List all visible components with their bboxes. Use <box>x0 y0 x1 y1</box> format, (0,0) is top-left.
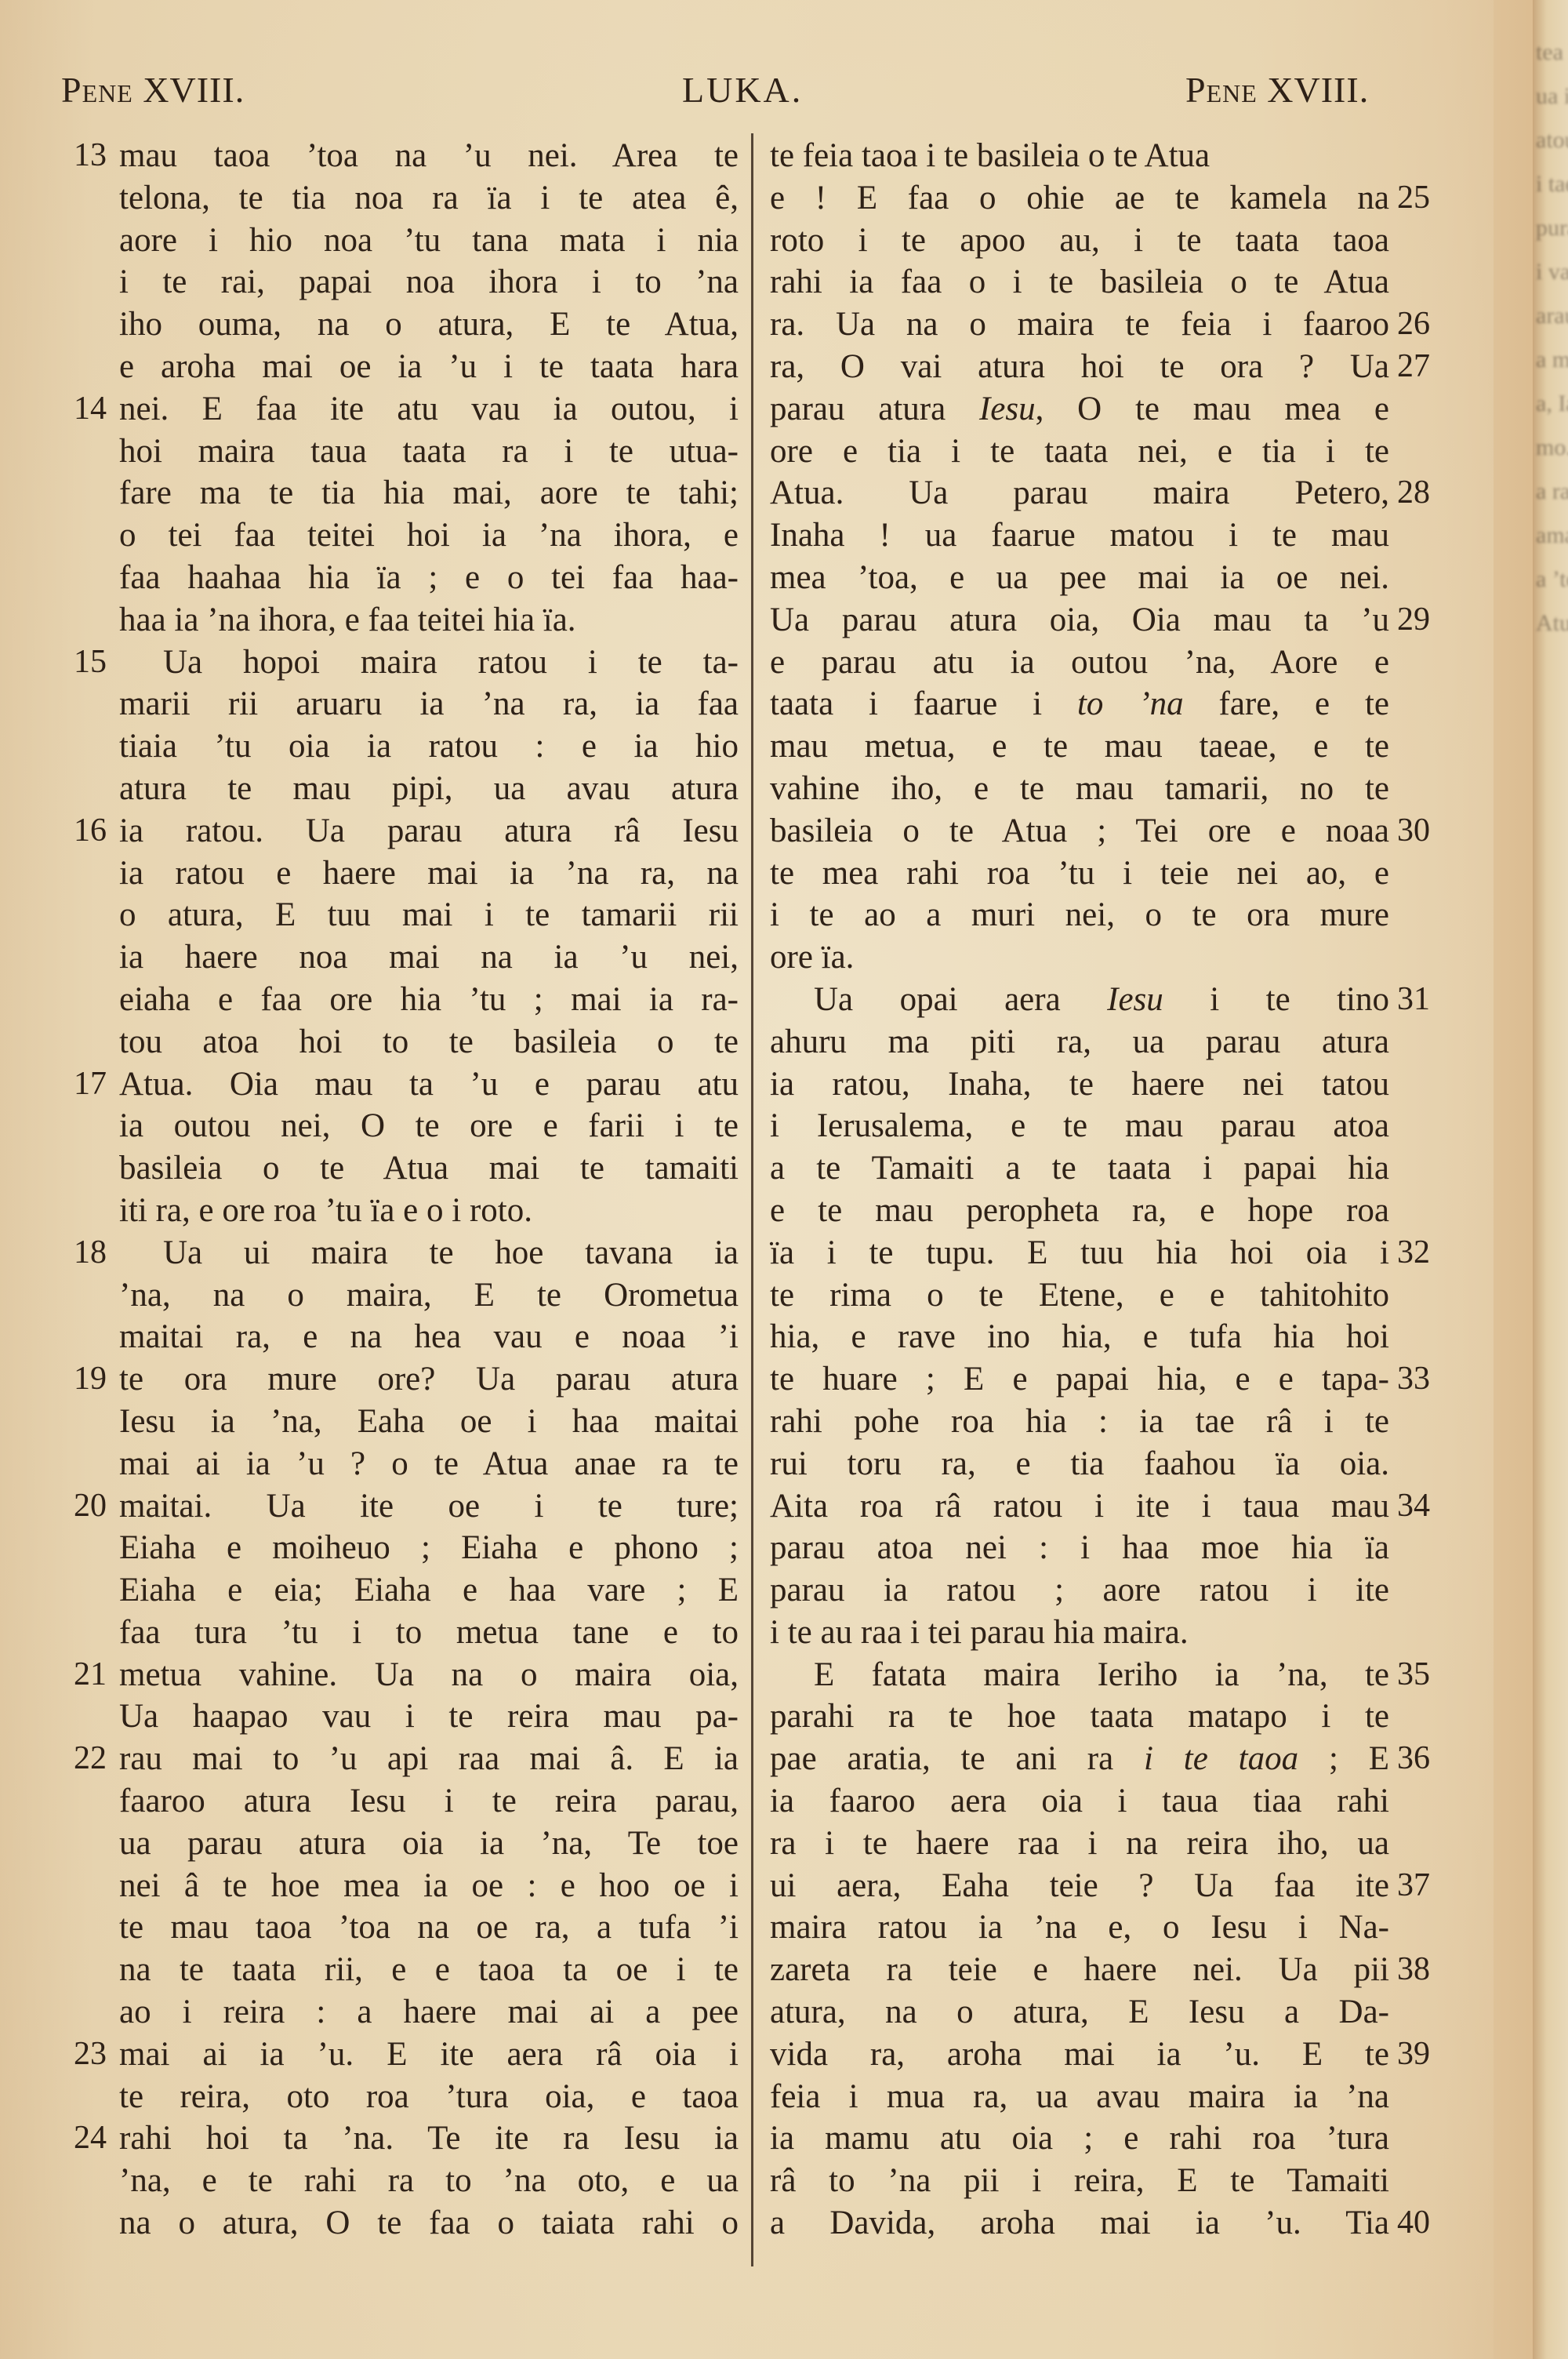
text-line: feia i mua ra, ua avau maira ia ’na <box>770 2076 1450 2118</box>
text-line: ra i te haere raa i na reira iho, ua <box>770 1823 1450 1865</box>
verse-text: maira ratou ia ’na e, o Iesu i Na- <box>770 1906 1389 1949</box>
text-line: te rima o te Etene, e e tahitohito <box>770 1274 1450 1317</box>
verse-text: Atua. Oia mau ta ’u e parau atu <box>119 1063 739 1106</box>
text-line: roto i te apoo au, i te taata taoa <box>770 220 1450 262</box>
verse-text: marii rii aruaru ia ’na ra, ia faa <box>119 683 739 725</box>
verse-text: ’na, na o maira, E te Orometua <box>119 1274 739 1317</box>
text-line: a te Tamaiti a te taata i papai hia <box>770 1147 1450 1190</box>
verse-text: iho ouma, na o atura, E te Atua, <box>119 304 739 346</box>
verse-text: parau atura Iesu, O te mau mea e <box>770 388 1389 431</box>
text-line: o tei faa teitei hoi ia ’na ihora, e <box>56 514 748 557</box>
verse-text: i te au raa i tei parau hia maira. <box>770 1612 1389 1654</box>
verse-text: parau atoa nei : i haa moe hia ïa <box>770 1527 1389 1569</box>
verse-text: ore e tia i te taata nei, e tia i te <box>770 431 1389 473</box>
text-line: i Ierusalema, e te mau parau atoa <box>770 1105 1450 1147</box>
verse-text: na o atura, O te faa o taiata rahi o <box>119 2202 739 2245</box>
verse-text: ra, O vai atura hoi te ora ? Ua <box>770 346 1389 388</box>
verse-text: Ua haapao vau i te reira mau pa- <box>119 1696 739 1738</box>
text-line: 29Ua parau atura oia, Oia mau ta ’u <box>770 599 1450 642</box>
verse-text: e te mau peropheta ra, e hope roa <box>770 1190 1389 1232</box>
verse-text: Ua opai aera Iesu i te tino <box>770 979 1389 1021</box>
verse-text: e ! E faa o ohie ae te kamela na <box>770 177 1389 220</box>
text-line: rahi pohe roa hia : ia tae râ i te <box>770 1401 1450 1443</box>
verse-text: ua parau atura oia ia ’na, Te toe <box>119 1823 739 1865</box>
verse-text: ra. Ua na o maira te feia i faaroo <box>770 304 1389 346</box>
text-line: tou atoa hoi to te basileia o te <box>56 1021 748 1063</box>
verse-text: haa ia ’na ihora, e faa teitei hia ïa. <box>119 599 739 642</box>
verse-text: ore ïa. <box>770 936 1389 979</box>
verse-text: iti ra, e ore roa ’tu ïa e o i roto. <box>119 1190 739 1232</box>
text-line: 31Ua opai aera Iesu i te tino <box>770 979 1450 1021</box>
verse-text: te feia taoa i te basileia o te Atua <box>770 135 1389 177</box>
verse-number: 19 <box>56 1358 107 1401</box>
text-line: nei â te hoe mea ia oe : e hoo oe i <box>56 1865 748 1907</box>
verse-text: ïa i te tupu. E tuu hia hoi oia i <box>770 1232 1389 1274</box>
text-line: fare ma te tia hia mai, aore te tahi; <box>56 472 748 514</box>
text-line: ore e tia i te taata nei, e tia i te <box>770 431 1450 473</box>
verse-text: parau ia ratou ; aore ratou i ite <box>770 1569 1389 1612</box>
verse-text: vida ra, aroha mai ia ’u. E te <box>770 2034 1389 2076</box>
verse-text: faa tura ’tu i to metua tane e to <box>119 1612 739 1654</box>
text-line: telona, te tia noa ra ïa i te atea ê, <box>56 177 748 220</box>
text-line: Eiaha e moiheuo ; Eiaha e phono ; <box>56 1527 748 1569</box>
verse-text: zareta ra teie e haere nei. Ua pii <box>770 1949 1389 1991</box>
verse-text: atura, na o atura, E Iesu a Da- <box>770 1991 1389 2034</box>
text-line: Ua haapao vau i te reira mau pa- <box>56 1696 748 1738</box>
text-line: Inaha ! ua faarue matou i te mau <box>770 514 1450 557</box>
text-line: ahuru ma piti ra, ua parau atura <box>770 1021 1450 1063</box>
text-line: 13mau taoa ’toa na ’u nei. Area te <box>56 135 748 177</box>
verse-text: mau taoa ’toa na ’u nei. Area te <box>119 135 739 177</box>
text-line: e aroha mai oe ia ’u i te taata hara <box>56 346 748 388</box>
column-divider <box>751 133 753 2266</box>
text-line: te feia taoa i te basileia o te Atua <box>770 135 1450 177</box>
adjacent-page-text: pura o <box>1536 207 1568 249</box>
verse-number: 29 <box>1397 599 1447 642</box>
text-line: i te au raa i tei parau hia maira. <box>770 1612 1450 1654</box>
text-line: 26ra. Ua na o maira te feia i faaroo <box>770 304 1450 346</box>
italic-text: i te taoa <box>1144 1740 1298 1777</box>
text-line: i te ao a muri nei, o te ora mure <box>770 894 1450 936</box>
verse-text: ia ratou, Inaha, te haere nei tatou <box>770 1063 1389 1106</box>
verse-number: 30 <box>1397 810 1447 852</box>
adjacent-page-text: i vau <box>1536 251 1568 293</box>
italic-text: Iesu <box>1107 981 1163 1018</box>
verse-text: râ to ’na pii i reira, E te Tamaiti <box>770 2160 1389 2202</box>
verse-text: ia outou nei, O te ore e farii i te <box>119 1105 739 1147</box>
verse-text: basileia o te Atua ; Tei ore e noaa <box>770 810 1389 852</box>
verse-text: e parau atu ia outou ’na, Aore e <box>770 642 1389 684</box>
verse-text: maitai ra, e na hea vau e noaa ’i <box>119 1316 739 1358</box>
verse-text: te reira, oto roa ’tura oia, e taoa <box>119 2076 739 2118</box>
verse-number: 18 <box>56 1232 107 1274</box>
text-line: maira ratou ia ’na e, o Iesu i Na- <box>770 1906 1450 1949</box>
verse-number: 17 <box>56 1063 107 1106</box>
text-line: aore i hio noa ’tu tana mata i nia <box>56 220 748 262</box>
verse-text: mai ai ia ’u ? o te Atua anae ra te <box>119 1443 739 1485</box>
text-line: te mau taoa ’toa na oe ra, a tufa ’i <box>56 1906 748 1949</box>
verse-text: Inaha ! ua faarue matou i te mau <box>770 514 1389 557</box>
text-line: basileia o te Atua mai te tamaiti <box>56 1147 748 1190</box>
verse-text: aore i hio noa ’tu tana mata i nia <box>119 220 739 262</box>
verse-text: tou atoa hoi to te basileia o te <box>119 1021 739 1063</box>
text-line: i te rai, papai noa ihora i to ’na <box>56 261 748 304</box>
verse-text: taata i faarue i to ’na fare, e te <box>770 683 1389 725</box>
text-line: 22rau mai to ’u api raa mai â. E ia <box>56 1738 748 1780</box>
text-line: 39vida ra, aroha mai ia ’u. E te <box>770 2034 1450 2076</box>
verse-number: 20 <box>56 1485 107 1528</box>
verse-number: 28 <box>1397 472 1447 514</box>
verse-text: ia mamu atu oia ; e rahi roa ’tura <box>770 2117 1389 2160</box>
text-line: 35E fatata maira Ieriho ia ’na, te <box>770 1654 1450 1696</box>
adjacent-page-edge: tea Iua ihatou ei tae rpura oi vauarau m… <box>1533 0 1568 2359</box>
verse-number: 16 <box>56 810 107 852</box>
text-line: 40a Davida, aroha mai ia ’u. Tia <box>770 2202 1450 2245</box>
adjacent-page-text: amaita <box>1536 514 1568 557</box>
text-line: 28Atua. Ua parau maira Petero, <box>770 472 1450 514</box>
verse-text: mea ’toa, e ua pee mai ia oe nei. <box>770 557 1389 599</box>
text-line: vahine iho, e te mau tamarii, no te <box>770 768 1450 810</box>
text-line: rui toru ra, e tia faahou ïa oia. <box>770 1443 1450 1485</box>
verse-text: telona, te tia noa ra ïa i te atea ê, <box>119 177 739 220</box>
text-line: ia outou nei, O te ore e farii i te <box>56 1105 748 1147</box>
verse-text: ’na, e te rahi ra to ’na oto, e ua <box>119 2160 739 2202</box>
verse-number: 22 <box>56 1738 107 1780</box>
text-line: na te taata rii, e e taoa ta oe i te <box>56 1949 748 1991</box>
text-line: mau metua, e te mau taeae, e te <box>770 725 1450 768</box>
verse-number: 34 <box>1397 1485 1447 1528</box>
verse-text: Eiaha e moiheuo ; Eiaha e phono ; <box>119 1527 739 1569</box>
verse-text: te mau taoa ’toa na oe ra, a tufa ’i <box>119 1906 739 1949</box>
verse-text: te mea rahi roa ’tu i teie nei ao, e <box>770 852 1389 895</box>
text-line: 27ra, O vai atura hoi te ora ? Ua <box>770 346 1450 388</box>
verse-text: ahuru ma piti ra, ua parau atura <box>770 1021 1389 1063</box>
text-line: parau atoa nei : i haa moe hia ïa <box>770 1527 1450 1569</box>
text-line: ’na, na o maira, E te Orometua <box>56 1274 748 1317</box>
text-line: 19te ora mure ore? Ua parau atura <box>56 1358 748 1401</box>
text-line: rahi ia faa o i te basileia o te Atua <box>770 261 1450 304</box>
verse-text: mau metua, e te mau taeae, e te <box>770 725 1389 768</box>
verse-text: ra i te haere raa i na reira iho, ua <box>770 1823 1389 1865</box>
verse-text: Iesu ia ’na, Eaha oe i haa maitai <box>119 1401 739 1443</box>
verse-number: 36 <box>1397 1738 1447 1780</box>
verse-text: ia haere noa mai na ia ’u nei, <box>119 936 739 979</box>
verse-text: a Davida, aroha mai ia ’u. Tia <box>770 2202 1389 2245</box>
verse-text: te huare ; E e papai hia, e e tapa- <box>770 1358 1389 1401</box>
text-line: 24rahi hoi ta ’na. Te ite ra Iesu ia <box>56 2117 748 2160</box>
verse-number: 25 <box>1397 177 1447 220</box>
adjacent-page-text: arau m <box>1536 295 1568 337</box>
text-line: faa tura ’tu i to metua tane e to <box>56 1612 748 1654</box>
verse-text: metua vahine. Ua na o maira oia, <box>119 1654 739 1696</box>
text-line: 16ia ratou. Ua parau atura râ Iesu <box>56 810 748 852</box>
verse-number: 23 <box>56 2034 107 2076</box>
text-line: Eiaha e eia; Eiaha e haa vare ; E <box>56 1569 748 1612</box>
text-line: e parau atu ia outou ’na, Aore e <box>770 642 1450 684</box>
verse-number: 38 <box>1397 1949 1447 1991</box>
adjacent-page-text: ua ih <box>1536 75 1568 118</box>
verse-text: hoi maira taua taata ra i te utua- <box>119 431 739 473</box>
chapter-label: Pene <box>61 70 133 110</box>
verse-text: o tei faa teitei hoi ia ’na ihora, e <box>119 514 739 557</box>
text-line: parau ia ratou ; aore ratou i ite <box>770 1569 1450 1612</box>
text-line: 23mai ai ia ’u. E ite aera râ oia i <box>56 2034 748 2076</box>
text-line: ore ïa. <box>770 936 1450 979</box>
text-line: 25e ! E faa o ohie ae te kamela na <box>770 177 1450 220</box>
text-line: maitai ra, e na hea vau e noaa ’i <box>56 1316 748 1358</box>
text-line: parau atura Iesu, O te mau mea e <box>770 388 1450 431</box>
verse-text: na te taata rii, e e taoa ta oe i te <box>119 1949 739 1991</box>
text-line: 34Aita roa râ ratou i ite i taua mau <box>770 1485 1450 1528</box>
text-line: hia, e rave ino hia, e tufa hia hoi <box>770 1316 1450 1358</box>
text-line: 32ïa i te tupu. E tuu hia hoi oia i <box>770 1232 1450 1274</box>
adjacent-page-text: a ’toa <box>1536 558 1568 601</box>
text-line: ia faaroo aera oia i taua tiaa rahi <box>770 1780 1450 1823</box>
text-column-right: te feia taoa i te basileia o te Atua25e … <box>770 135 1450 2245</box>
verse-text: a te Tamaiti a te taata i papai hia <box>770 1147 1389 1190</box>
adjacent-page-text: i tae r <box>1536 163 1568 205</box>
text-line: mea ’toa, e ua pee mai ia oe nei. <box>770 557 1450 599</box>
text-line: marii rii aruaru ia ’na ra, ia faa <box>56 683 748 725</box>
verse-text: i Ierusalema, e te mau parau atoa <box>770 1105 1389 1147</box>
verse-text: ia ratou e haere mai ia ’na ra, na <box>119 852 739 895</box>
text-line: parahi ra te hoe taata matapo i te <box>770 1696 1450 1738</box>
verse-text: fare ma te tia hia mai, aore te tahi; <box>119 472 739 514</box>
text-line: 37ui aera, Eaha teie ? Ua faa ite <box>770 1865 1450 1907</box>
verse-number: 35 <box>1397 1654 1447 1696</box>
verse-text: o atura, E tuu mai i te tamarii rii <box>119 894 739 936</box>
verse-text: te rima o te Etene, e e tahitohito <box>770 1274 1389 1317</box>
verse-text: vahine iho, e te mau tamarii, no te <box>770 768 1389 810</box>
running-head-book-title: LUKA. <box>682 69 803 116</box>
text-line: faa haahaa hia ïa ; e o tei faa haa- <box>56 557 748 599</box>
text-line: ia ratou, Inaha, te haere nei tatou <box>770 1063 1450 1106</box>
text-line: 30basileia o te Atua ; Tei ore e noaa <box>770 810 1450 852</box>
verse-text: maitai. Ua ite oe i te ture; <box>119 1485 739 1528</box>
verse-text: i te rai, papai noa ihora i to ’na <box>119 261 739 304</box>
text-line: atura te mau pipi, ua avau atura <box>56 768 748 810</box>
text-line: 14nei. E faa ite atu vau ia outou, i <box>56 388 748 431</box>
text-line: iho ouma, na o atura, E te Atua, <box>56 304 748 346</box>
text-line: 21metua vahine. Ua na o maira oia, <box>56 1654 748 1696</box>
verse-text: rahi hoi ta ’na. Te ite ra Iesu ia <box>119 2117 739 2160</box>
text-line: Iesu ia ’na, Eaha oe i haa maitai <box>56 1401 748 1443</box>
adjacent-page-text: tea I <box>1536 31 1568 74</box>
verse-text: ia ratou. Ua parau atura râ Iesu <box>119 810 739 852</box>
verse-text: E fatata maira Ieriho ia ’na, te <box>770 1654 1389 1696</box>
verse-text: Ua hopoi maira ratou i te ta- <box>119 642 739 684</box>
verse-text: hia, e rave ino hia, e tufa hia hoi <box>770 1316 1389 1358</box>
verse-text: roto i te apoo au, i te taata taoa <box>770 220 1389 262</box>
text-line: râ to ’na pii i reira, E te Tamaiti <box>770 2160 1450 2202</box>
verse-text: rau mai to ’u api raa mai â. E ia <box>119 1738 739 1780</box>
text-line: taata i faarue i to ’na fare, e te <box>770 683 1450 725</box>
verse-text: rui toru ra, e tia faahou ïa oia. <box>770 1443 1389 1485</box>
text-line: te reira, oto roa ’tura oia, e taoa <box>56 2076 748 2118</box>
adjacent-page-text: a mata <box>1536 339 1568 381</box>
verse-text: Ua parau atura oia, Oia mau ta ’u <box>770 599 1389 642</box>
text-line: 38zareta ra teie e haere nei. Ua pii <box>770 1949 1450 1991</box>
text-line: iti ra, e ore roa ’tu ïa e o i roto. <box>56 1190 748 1232</box>
verse-number: 26 <box>1397 304 1447 346</box>
verse-text: parahi ra te hoe taata matapo i te <box>770 1696 1389 1738</box>
text-line: atura, na o atura, E Iesu a Da- <box>770 1991 1450 2034</box>
verse-text: nei. E faa ite atu vau ia outou, i <box>119 388 739 431</box>
verse-text: eiaha e faa ore hia ’tu ; mai ia ra- <box>119 979 739 1021</box>
text-line: ia haere noa mai na ia ’u nei, <box>56 936 748 979</box>
text-line: faaroo atura Iesu i te reira parau, <box>56 1780 748 1823</box>
verse-number: 21 <box>56 1654 107 1696</box>
verse-text: te ora mure ore? Ua parau atura <box>119 1358 739 1401</box>
chapter-label: Pene <box>1185 70 1258 110</box>
text-line: tiaia ’tu oia ia ratou : e ia hio <box>56 725 748 768</box>
verse-text: Aita roa râ ratou i ite i taua mau <box>770 1485 1389 1528</box>
verse-text: ia faaroo aera oia i taua tiaa rahi <box>770 1780 1389 1823</box>
verse-text: rahi pohe roa hia : ia tae râ i te <box>770 1401 1389 1443</box>
verse-number: 33 <box>1397 1358 1447 1401</box>
verse-text: basileia o te Atua mai te tamaiti <box>119 1147 739 1190</box>
text-line: haa ia ’na ihora, e faa teitei hia ïa. <box>56 599 748 642</box>
verse-text: Eiaha e eia; Eiaha e haa vare ; E <box>119 1569 739 1612</box>
verse-number: 39 <box>1397 2034 1447 2076</box>
verse-text: Ua ui maira te hoe tavana ia <box>119 1232 739 1274</box>
verse-text: e aroha mai oe ia ’u i te taata hara <box>119 346 739 388</box>
text-column-left: 13mau taoa ’toa na ’u nei. Area tetelona… <box>56 135 748 2245</box>
text-line: ia ratou e haere mai ia ’na ra, na <box>56 852 748 895</box>
verse-number: 40 <box>1397 2202 1447 2245</box>
verse-number: 37 <box>1397 1865 1447 1907</box>
chapter-numeral: XVIII. <box>1267 70 1369 110</box>
italic-text: to ’na <box>1077 685 1184 722</box>
verse-text: atura te mau pipi, ua avau atura <box>119 768 739 810</box>
adjacent-page-text: atou e <box>1536 119 1568 162</box>
verse-text: faaroo atura Iesu i te reira parau, <box>119 1780 739 1823</box>
text-line: ao i reira : a haere mai ai a pee <box>56 1991 748 2034</box>
text-line: ’na, e te rahi ra to ’na oto, e ua <box>56 2160 748 2202</box>
verse-text: rahi ia faa o i te basileia o te Atua <box>770 261 1389 304</box>
text-line: ia mamu atu oia ; e rahi roa ’tura <box>770 2117 1450 2160</box>
verse-text: feia i mua ra, ua avau maira ia ’na <box>770 2076 1389 2118</box>
adjacent-page-text: a ra, <box>1536 471 1568 513</box>
italic-text: Iesu <box>979 391 1036 427</box>
text-line: eiaha e faa ore hia ’tu ; mai ia ra- <box>56 979 748 1021</box>
verse-number: 27 <box>1397 346 1447 388</box>
text-line: ua parau atura oia ia ’na, Te toe <box>56 1823 748 1865</box>
text-line: te mea rahi roa ’tu i teie nei ao, e <box>770 852 1450 895</box>
verse-number: 13 <box>56 135 107 177</box>
verse-text: ao i reira : a haere mai ai a pee <box>119 1991 739 2034</box>
text-line: o atura, E tuu mai i te tamarii rii <box>56 894 748 936</box>
verse-number: 31 <box>1397 979 1447 1021</box>
verse-text: pae aratia, te ani ra i te taoa ; E <box>770 1738 1389 1780</box>
adjacent-page-text: Atua. <box>1536 602 1568 645</box>
verse-number: 15 <box>56 642 107 684</box>
text-line: 36pae aratia, te ani ra i te taoa ; E <box>770 1738 1450 1780</box>
adjacent-page-text: a, Ia o <box>1536 383 1568 425</box>
verse-text: tiaia ’tu oia ia ratou : e ia hio <box>119 725 739 768</box>
verse-text: Atua. Ua parau maira Petero, <box>770 472 1389 514</box>
text-line: mai ai ia ’u ? o te Atua anae ra te <box>56 1443 748 1485</box>
verse-text: nei â te hoe mea ia oe : e hoo oe i <box>119 1865 739 1907</box>
verse-text: i te ao a muri nei, o te ora mure <box>770 894 1389 936</box>
verse-text: ui aera, Eaha teie ? Ua faa ite <box>770 1865 1389 1907</box>
running-head-chapter-right: Pene XVIII. <box>1185 69 1369 116</box>
text-line: e te mau peropheta ra, e hope roa <box>770 1190 1450 1232</box>
verse-number: 14 <box>56 388 107 431</box>
text-line: 15Ua hopoi maira ratou i te ta- <box>56 642 748 684</box>
text-line: 17Atua. Oia mau ta ’u e parau atu <box>56 1063 748 1106</box>
text-line: hoi maira taua taata ra i te utua- <box>56 431 748 473</box>
text-line: 20maitai. Ua ite oe i te ture; <box>56 1485 748 1528</box>
chapter-numeral: XVIII. <box>143 70 245 110</box>
verse-text: mai ai ia ’u. E ite aera râ oia i <box>119 2034 739 2076</box>
verse-number: 32 <box>1397 1232 1447 1274</box>
verse-text: faa haahaa hia ïa ; e o tei faa haa- <box>119 557 739 599</box>
text-line: 33te huare ; E e papai hia, e e tapa- <box>770 1358 1450 1401</box>
verse-number: 24 <box>56 2117 107 2160</box>
adjacent-page-text: mo. <box>1536 427 1568 469</box>
running-head-chapter-left: Pene XVIII. <box>61 69 245 116</box>
text-line: 18Ua ui maira te hoe tavana ia <box>56 1232 748 1274</box>
text-line: na o atura, O te faa o taiata rahi o <box>56 2202 748 2245</box>
